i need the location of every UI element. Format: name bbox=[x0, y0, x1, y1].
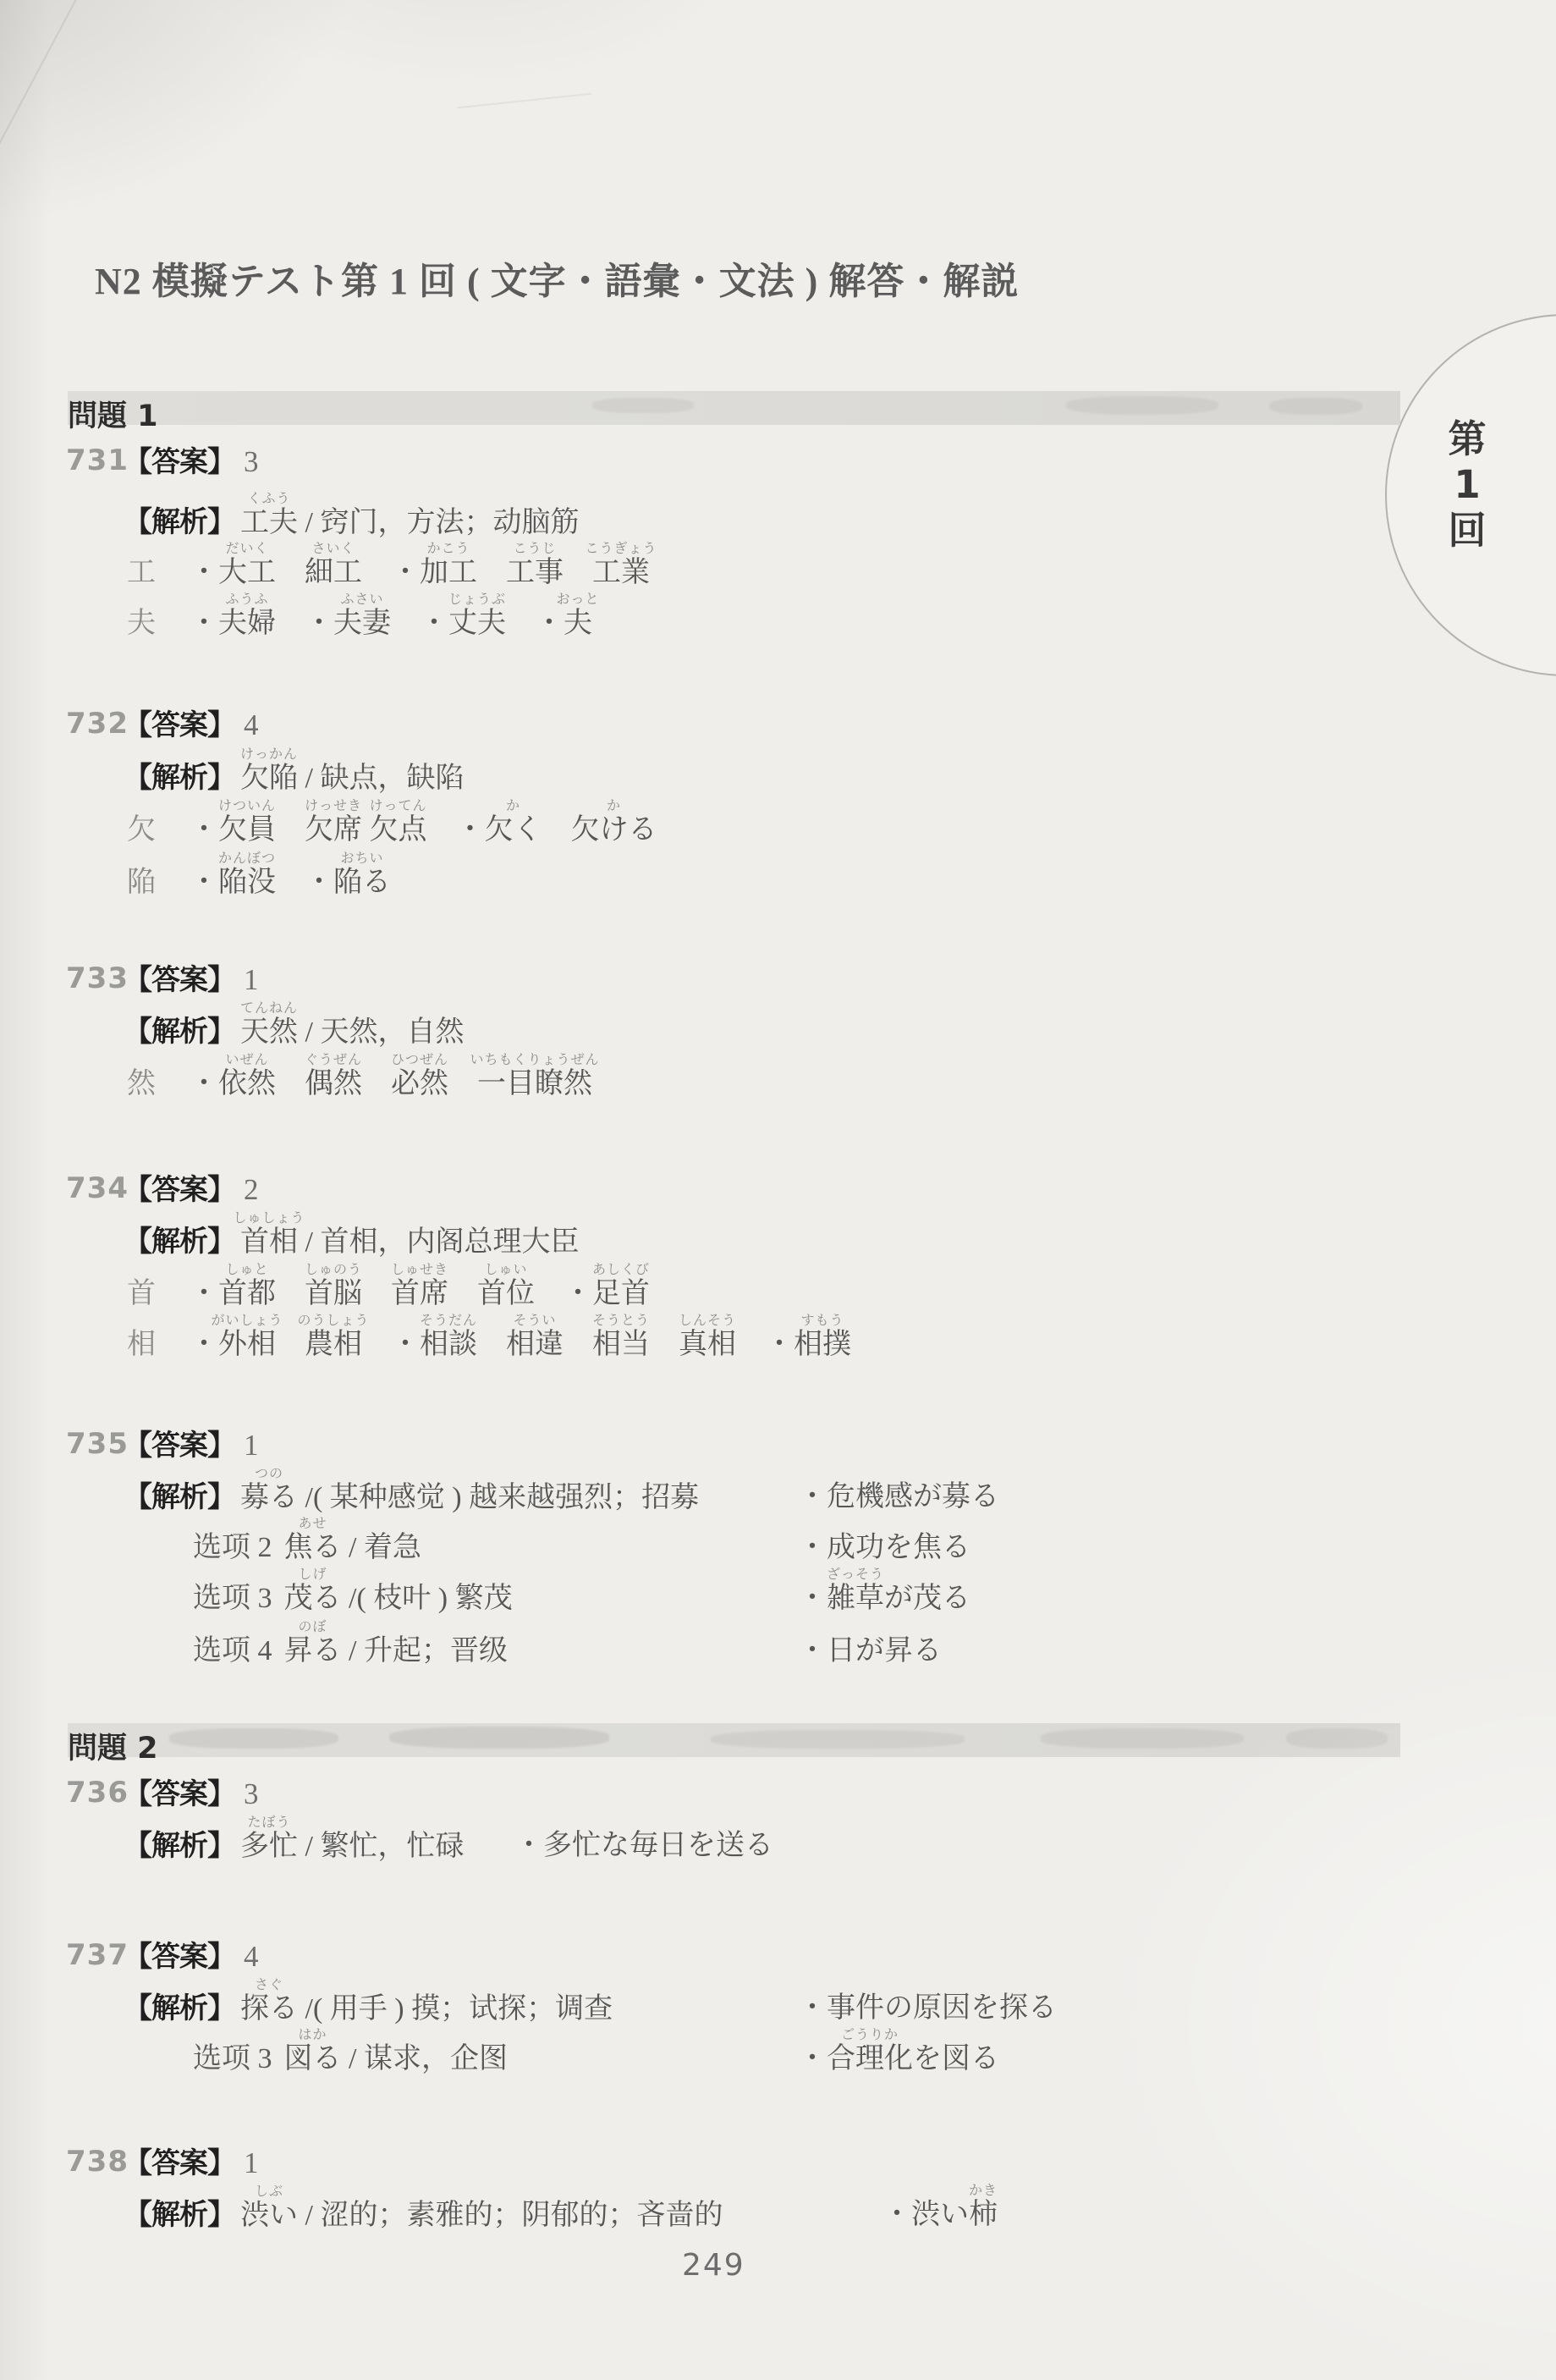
answer-label: 【答案】 bbox=[124, 445, 235, 479]
analysis-label: 【解析】 bbox=[124, 1829, 235, 1863]
kanji-row: 工・大工だいく 細工さいく ・加工かこう 工事こうじ 工業こうぎょう bbox=[127, 555, 650, 592]
side-tab-char: 回 bbox=[1440, 508, 1494, 554]
analysis-label: 【解析】 bbox=[124, 1015, 235, 1049]
item-number: 734 bbox=[66, 1171, 129, 1205]
kanji-head: 夫 bbox=[127, 606, 190, 642]
kanji-examples: ・依然いぜん 偶然ぐうぜん 必然ひつぜん 一目瞭然いちもくりょうぜん bbox=[190, 1068, 592, 1099]
example-phrase: ・危機感が募る bbox=[798, 1479, 999, 1516]
item-number: 735 bbox=[66, 1427, 129, 1461]
answer-line: 【答案】2 bbox=[124, 1171, 259, 1209]
analysis-line: 【解析】多忙たぼう / 繁忙，忙碌 bbox=[124, 1828, 464, 1865]
example-phrase: ・日が昇る bbox=[798, 1633, 942, 1670]
kanji-examples: ・夫婦ふうふ ・夫妻ふさい ・丈夫じょうぶ ・夫おっと bbox=[190, 608, 592, 639]
answer-label: 【答案】 bbox=[124, 2146, 235, 2180]
analysis-line: 【解析】探るさぐ /( 用手 ) 摸；试探；调查 bbox=[124, 1991, 613, 2028]
analysis-label: 【解析】 bbox=[124, 2198, 235, 2232]
analysis-text: 渋いしぶ / 涩的；素雅的；阴郁的；吝啬的 bbox=[240, 2200, 723, 2231]
example-phrase: ・事件の原因を探る bbox=[798, 1991, 1057, 2027]
item-number: 737 bbox=[66, 1938, 129, 1972]
example-phrase: ・成功を焦る bbox=[798, 1530, 970, 1567]
section-band bbox=[68, 1723, 1400, 1757]
kanji-examples: ・陥没かんぼつ ・陥るおちい bbox=[190, 867, 391, 898]
answer-value: 2 bbox=[244, 1173, 259, 1206]
option-line: 选项 2焦るあせ / 着急 bbox=[193, 1530, 421, 1567]
answer-line: 【答案】3 bbox=[124, 443, 259, 482]
kanji-head: 相 bbox=[127, 1327, 190, 1364]
option-text: 図るはか / 谋求，企图 bbox=[284, 2043, 508, 2074]
option-label: 选项 3 bbox=[193, 1583, 272, 1614]
kanji-row: 陥・陥没かんぼつ ・陥るおちい bbox=[127, 865, 391, 901]
analysis-line: 【解析】天然てんねん / 天然，自然 bbox=[124, 1014, 464, 1051]
kanji-head: 欠 bbox=[127, 813, 190, 849]
analysis-label: 【解析】 bbox=[124, 1480, 235, 1514]
answer-label: 【答案】 bbox=[124, 1777, 235, 1811]
option-text: 焦るあせ / 着急 bbox=[284, 1532, 421, 1563]
example-phrase: ・渋い柿かき bbox=[882, 2197, 998, 2234]
kanji-head: 工 bbox=[127, 555, 190, 592]
scan-scratch bbox=[457, 93, 591, 109]
analysis-label: 【解析】 bbox=[124, 505, 235, 539]
answer-value: 1 bbox=[244, 1429, 259, 1462]
analysis-label: 【解析】 bbox=[124, 761, 235, 795]
section-band bbox=[68, 391, 1400, 425]
answer-line: 【答案】4 bbox=[124, 707, 259, 745]
scan-smudge bbox=[1286, 1728, 1388, 1749]
kanji-row: 夫・夫婦ふうふ ・夫妻ふさい ・丈夫じょうぶ ・夫おっと bbox=[127, 606, 592, 642]
analysis-text: 首相しゅしょう / 首相，内阁总理大臣 bbox=[240, 1226, 579, 1258]
kanji-examples: ・欠員けついん 欠席けっせき 欠点けってん ・欠くか 欠けるか bbox=[190, 814, 657, 846]
analysis-label: 【解析】 bbox=[124, 1225, 235, 1259]
kanji-examples: ・外相がいしょう 農相のうしょう ・相談そうだん 相違そうい 相当そうとう 真相… bbox=[190, 1329, 851, 1360]
scan-smudge bbox=[1041, 1728, 1244, 1749]
kanji-head: 首 bbox=[127, 1276, 190, 1313]
answer-label: 【答案】 bbox=[124, 963, 235, 997]
kanji-head: 陥 bbox=[127, 865, 190, 901]
item-number: 736 bbox=[66, 1776, 129, 1810]
analysis-text: 探るさぐ /( 用手 ) 摸；试探；调查 bbox=[240, 1993, 613, 2025]
analysis-text: 募るつの /( 某种感觉 ) 越来越强烈；招募 bbox=[240, 1482, 699, 1513]
scan-smudge bbox=[711, 1730, 965, 1749]
answer-label: 【答案】 bbox=[124, 1173, 235, 1207]
page-title: N2 模擬テスト第 1 回 ( 文字・語彙・文法 ) 解答・解説 bbox=[95, 251, 1019, 305]
scan-smudge bbox=[1066, 396, 1218, 415]
answer-line: 【答案】1 bbox=[124, 2145, 259, 2183]
example-phrase: ・多忙な毎日を送る bbox=[514, 1828, 773, 1865]
answer-line: 【答案】1 bbox=[124, 1427, 259, 1465]
analysis-line: 【解析】募るつの /( 某种感觉 ) 越来越强烈；招募 bbox=[124, 1479, 699, 1517]
scan-smudge bbox=[592, 398, 694, 413]
answer-value: 1 bbox=[244, 2146, 259, 2179]
analysis-line: 【解析】首相しゅしょう / 首相，内阁总理大臣 bbox=[124, 1224, 579, 1261]
item-number: 738 bbox=[66, 2145, 129, 2179]
kanji-row: 相・外相がいしょう 農相のうしょう ・相談そうだん 相違そうい 相当そうとう 真… bbox=[127, 1327, 851, 1364]
answer-value: 1 bbox=[244, 963, 259, 996]
page-number: 249 bbox=[682, 2248, 745, 2283]
answer-value: 3 bbox=[244, 1777, 259, 1810]
side-tab-label: 第 1 回 bbox=[1440, 416, 1494, 554]
analysis-text: 工夫くふう / 窍门，方法；动脑筋 bbox=[240, 507, 579, 538]
kanji-row: 欠・欠員けついん 欠席けっせき 欠点けってん ・欠くか 欠けるか bbox=[127, 813, 657, 849]
analysis-text: 欠陥けっかん / 缺点，缺陷 bbox=[240, 763, 464, 794]
analysis-line: 【解析】渋いしぶ / 涩的；素雅的；阴郁的；吝啬的 bbox=[124, 2197, 723, 2234]
option-label: 选项 3 bbox=[193, 2043, 272, 2074]
option-text: 昇るのぼ / 升起；晋级 bbox=[284, 1635, 508, 1667]
answer-value: 4 bbox=[244, 708, 259, 741]
answer-label: 【答案】 bbox=[124, 1429, 235, 1463]
analysis-line: 【解析】欠陥けっかん / 缺点，缺陷 bbox=[124, 760, 464, 797]
scan-smudge bbox=[169, 1728, 338, 1749]
scan-scratch bbox=[0, 0, 86, 206]
analysis-text: 天然てんねん / 天然，自然 bbox=[240, 1016, 464, 1048]
answer-line: 【答案】1 bbox=[124, 961, 259, 1000]
section-heading-2: 問題 2 bbox=[68, 1725, 158, 1767]
answer-value: 4 bbox=[244, 1940, 259, 1973]
kanji-head: 然 bbox=[127, 1066, 190, 1103]
analysis-line: 【解析】工夫くふう / 窍门，方法；动脑筋 bbox=[124, 504, 579, 542]
option-line: 选项 3茂るしげ /( 枝叶 ) 繁茂 bbox=[193, 1581, 513, 1617]
answer-value: 3 bbox=[244, 445, 259, 478]
kanji-row: 然・依然いぜん 偶然ぐうぜん 必然ひつぜん 一目瞭然いちもくりょうぜん bbox=[127, 1066, 592, 1103]
answer-label: 【答案】 bbox=[124, 1940, 235, 1974]
item-number: 731 bbox=[66, 443, 129, 477]
option-line: 选项 4昇るのぼ / 升起；晋级 bbox=[193, 1633, 508, 1670]
example-phrase: ・雑草ざっそうが茂る bbox=[798, 1581, 970, 1617]
option-label: 选项 2 bbox=[193, 1532, 272, 1563]
kanji-examples: ・首都しゅと 首脳しゅのう 首席しゅせき 首位しゅい ・足首あしくび bbox=[190, 1278, 650, 1309]
analysis-label: 【解析】 bbox=[124, 1992, 235, 2025]
section-heading-1: 問題 1 bbox=[68, 393, 158, 435]
answer-line: 【答案】4 bbox=[124, 1938, 259, 1976]
analysis-text: 多忙たぼう / 繁忙，忙碌 bbox=[240, 1831, 464, 1862]
side-tab-char: 第 bbox=[1440, 416, 1494, 462]
kanji-row: 首・首都しゅと 首脳しゅのう 首席しゅせき 首位しゅい ・足首あしくび bbox=[127, 1276, 650, 1313]
option-label: 选项 4 bbox=[193, 1635, 272, 1667]
answer-label: 【答案】 bbox=[124, 708, 235, 742]
example-phrase: ・合理化ごうりかを図る bbox=[798, 2041, 999, 2078]
answer-line: 【答案】3 bbox=[124, 1776, 259, 1814]
scan-smudge bbox=[389, 1727, 609, 1749]
item-number: 732 bbox=[66, 707, 129, 741]
scanned-book-page: { "page": { "title": "N2 模擬テスト第 1 回 ( 文字… bbox=[0, 0, 1556, 2380]
item-number: 733 bbox=[66, 961, 129, 995]
kanji-examples: ・大工だいく 細工さいく ・加工かこう 工事こうじ 工業こうぎょう bbox=[190, 557, 650, 588]
option-text: 茂るしげ /( 枝叶 ) 繁茂 bbox=[284, 1583, 513, 1614]
side-tab-char: 1 bbox=[1440, 462, 1494, 508]
option-line: 选项 3図るはか / 谋求，企图 bbox=[193, 2041, 508, 2078]
scan-smudge bbox=[1269, 398, 1362, 415]
